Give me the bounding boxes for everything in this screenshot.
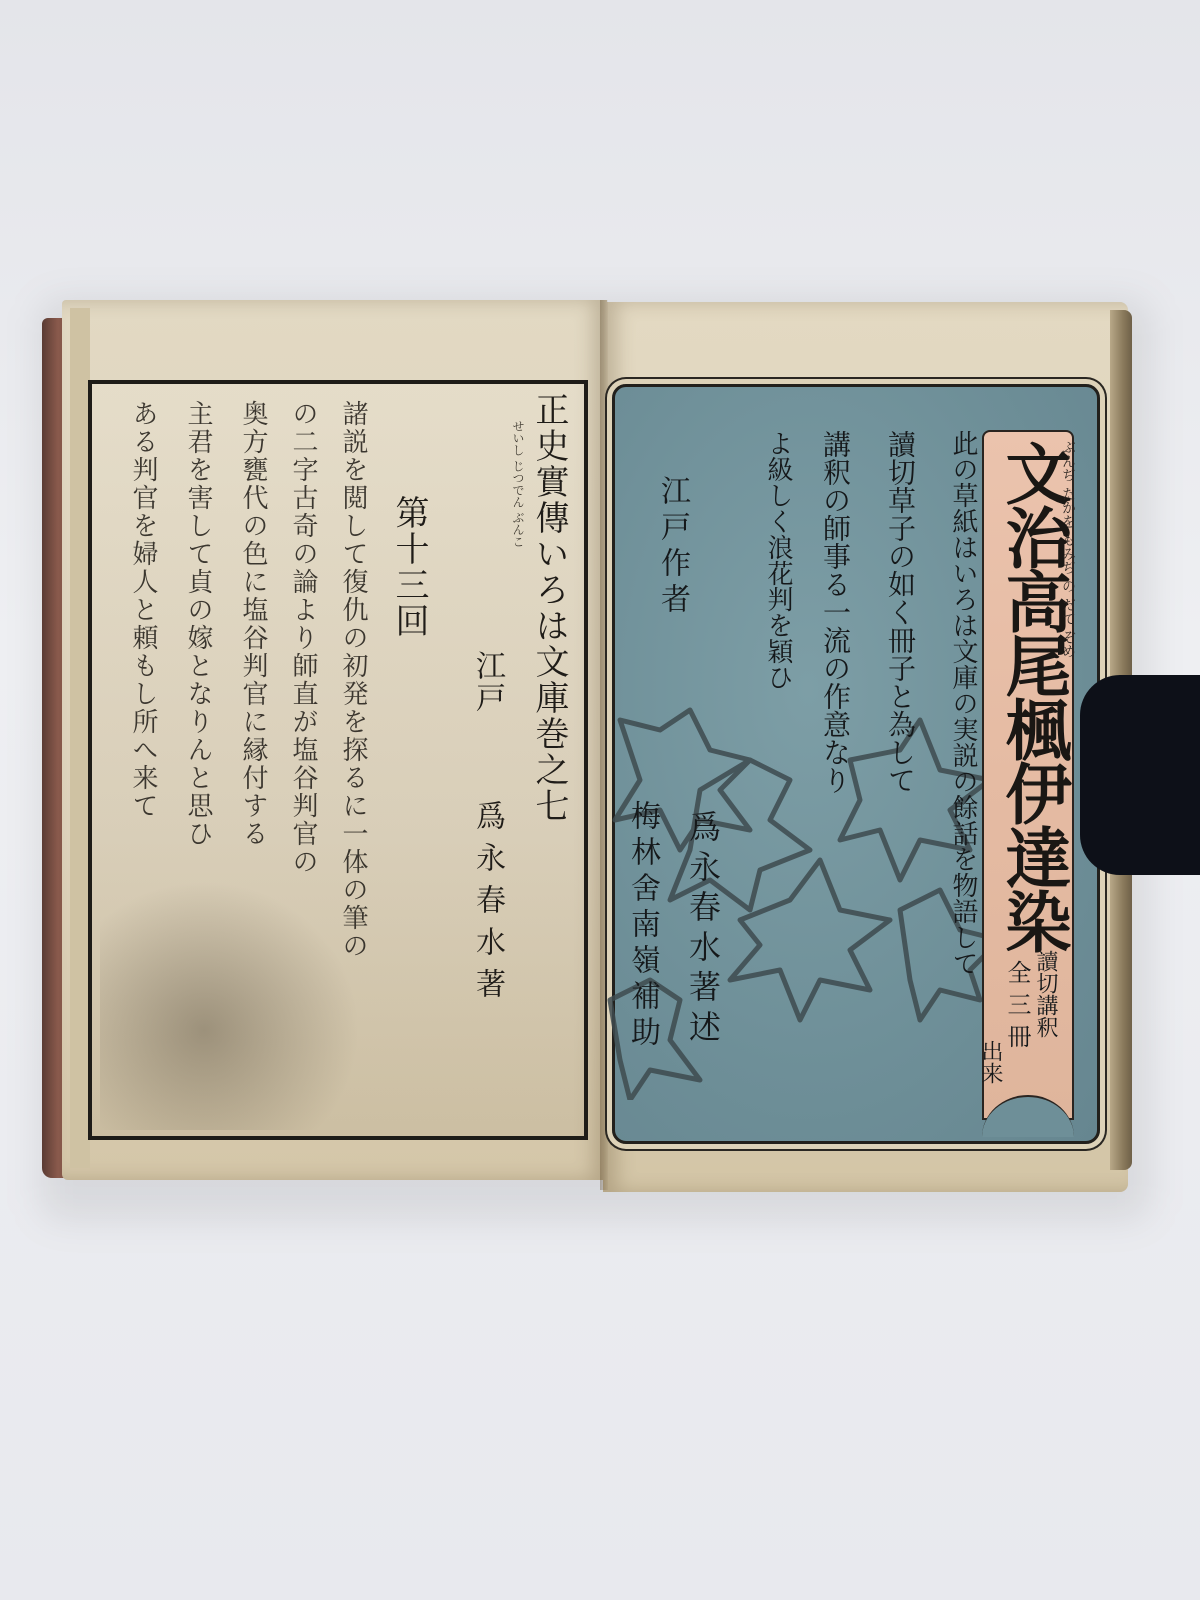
author-place: 江戸 [465, 650, 509, 714]
blurb-column-4: よ級しく浪花判を穎ひ [760, 430, 797, 690]
author-credit: 爲永春水著述 [680, 810, 726, 1050]
blurb-column-3: 講釈の師事る一流の作意なり [815, 430, 855, 794]
blurb-column-2: 讀切草子の如く冊子と為して [880, 430, 920, 794]
page-stain [100, 880, 360, 1130]
chapter-number: 第十三回 [385, 495, 434, 639]
body-column-3: 奥方甕代の色に塩谷判官に縁付する [235, 400, 272, 848]
body-column-4: 主君を害して貞の嫁となりんと思ひ [180, 400, 217, 848]
body-column-5: ある判官を婦人と頼もし所へ来て [125, 400, 162, 820]
book-title: 文治高尾楓伊達染 [1000, 440, 1066, 952]
body-column-2: の二字古奇の論より師直が塩谷判官の [285, 400, 322, 876]
series-header-ruby: せいし じつでん ぶんこ [510, 420, 527, 548]
photo-scene: 正史實傳いろは文庫巻之七 せいし じつでん ぶんこ 第十三回 江戸 爲永春水著 … [0, 0, 1200, 1600]
author-name: 爲永春水著 [465, 800, 509, 1010]
title-ruby: ぶんぢ たかを もみぢ の だて ぞめ [1058, 440, 1078, 658]
publication-status: 出来 [975, 1040, 1006, 1084]
body-column-1: 諸説を閲して復仇の初発を探るに一体の筆の [335, 400, 372, 960]
black-clip [1080, 675, 1200, 875]
left-page-stack [70, 308, 90, 1168]
illustrator-credit: 梅林舍南嶺補助 [620, 800, 664, 1052]
series-header: 正史實傳いろは文庫巻之七 [525, 392, 574, 824]
blurb-column-1: 此の草紙はいろは文庫の実説の餘話を物語して [945, 430, 982, 976]
author-label: 江戸作者 [650, 475, 694, 619]
